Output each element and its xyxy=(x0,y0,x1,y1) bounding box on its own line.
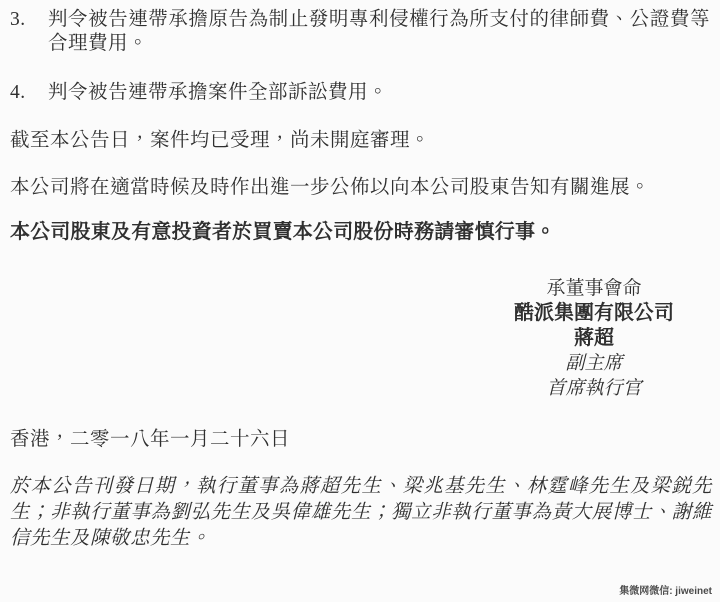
signature-signer-name: 蔣超 xyxy=(484,326,704,351)
paragraph-further-announcement: 本公司將在適當時候及時作出進一步公佈以向本公司股東告知有關進展。 xyxy=(10,176,710,200)
date-line: 香港，二零一八年一月二十六日 xyxy=(10,423,290,451)
signature-block: 承董事會命 酷派集團有限公司 蔣超 副主席 首席執行官 xyxy=(484,276,704,401)
signature-title-ceo: 首席執行官 xyxy=(484,376,704,401)
signature-company-name: 酷派集團有限公司 xyxy=(484,301,704,326)
paragraph-shareholder-caution: 本公司股東及有意投資者於買賣本公司股份時務請審慎行事。 xyxy=(10,220,710,244)
signature-by-order: 承董事會命 xyxy=(484,276,704,301)
list-item-4: 4. 判令被告連帶承擔案件全部訴訟費用。 xyxy=(10,81,710,105)
paragraph-case-status: 截至本公告日，案件均已受理，尚未開庭審理。 xyxy=(10,129,710,153)
list-item-3-number: 3. xyxy=(10,8,48,56)
directors-note: 於本公告刊發日期，執行董事為蔣超先生、梁兆基先生、林霆峰先生及梁鋭先生；非執行董… xyxy=(10,474,712,552)
list-item-4-number: 4. xyxy=(10,81,48,105)
list-item-3-text: 判令被告連帶承擔原告為制止發明專利侵權行為所支付的律師費、公證費等合理費用。 xyxy=(48,8,710,56)
list-item-4-text: 判令被告連帶承擔案件全部訴訟費用。 xyxy=(48,81,710,105)
list-item-3: 3. 判令被告連帶承擔原告為制止發明專利侵權行為所支付的律師費、公證費等合理費用… xyxy=(10,8,710,56)
watermark-jiweinet: 集微网微信: jiweinet xyxy=(619,582,712,597)
signature-title-vice-chairman: 副主席 xyxy=(484,351,704,376)
announcement-document: 3. 判令被告連帶承擔原告為制止發明專利侵權行為所支付的律師費、公證費等合理費用… xyxy=(0,0,720,602)
